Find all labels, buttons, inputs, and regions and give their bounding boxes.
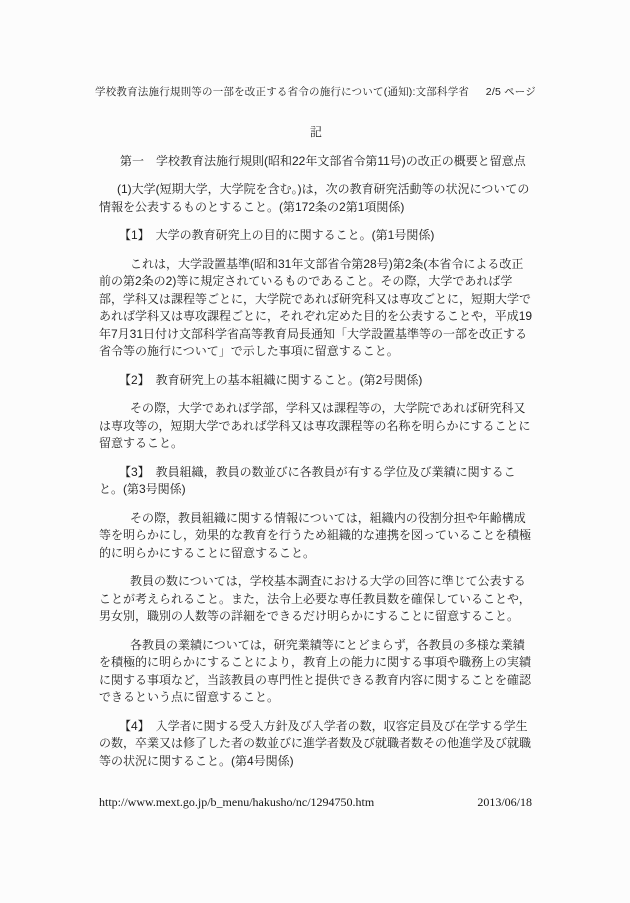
bracket-heading-3: 【3】 教員組織，教員の数並びに各教員が有する学位及び業績に関すること。(第3号… <box>99 464 533 499</box>
bracket-heading-4: 【4】 入学者に関する受入方針及び入学者の数，収容定員及び在学する学生の数，卒業… <box>99 718 533 771</box>
body-paragraph-4: 教員の数については，学校基本調査における大学の回答に準じて公表することが考えられ… <box>99 573 533 626</box>
document-title: 学校教育法施行規則等の一部を改正する省令の施行について(通知):文部科学省 <box>95 85 469 99</box>
ki-marker: 記 <box>99 124 533 142</box>
page-number: 2/5 ページ <box>486 85 536 99</box>
body-paragraph-3: その際，教員組織に関する情報については，組織内の役割分担や年齢構成等を明らかにし… <box>99 510 533 563</box>
page-header: 学校教育法施行規則等の一部を改正する省令の施行について(通知):文部科学省 2/… <box>95 85 536 99</box>
bracket-heading-1: 【1】 大学の教育研究上の目的に関すること。(第1号関係) <box>99 227 533 245</box>
section-heading: 第一 学校教育法施行規則(昭和22年文部省令第11号)の改正の概要と留意点 <box>99 153 533 171</box>
footer-url: http://www.mext.go.jp/b_menu/hakusho/nc/… <box>99 795 374 810</box>
body-paragraph-2: その際，大学であれば学部，学科又は課程等の，大学院であれば研究科又は専攻等の，短… <box>99 400 533 453</box>
paragraph-item-1: (1)大学(短期大学，大学院を含む。)は，次の教育研究活動等の状況についての情報… <box>99 181 533 216</box>
document-page: 学校教育法施行規則等の一部を改正する省令の施行について(通知):文部科学省 2/… <box>0 0 630 903</box>
body-paragraph-1: これは，大学設置基準(昭和31年文部省令第28号)第2条(本省令による改正前の第… <box>99 256 533 361</box>
footer-date: 2013/06/18 <box>477 795 532 810</box>
page-footer: http://www.mext.go.jp/b_menu/hakusho/nc/… <box>99 795 532 810</box>
bracket-heading-2: 【2】 教育研究上の基本組織に関すること。(第2号関係) <box>99 372 533 390</box>
body-paragraph-5: 各教員の業績については，研究業績等にとどまらず，各教員の多様な業績を積極的に明ら… <box>99 637 533 707</box>
document-body: 記 第一 学校教育法施行規則(昭和22年文部省令第11号)の改正の概要と留意点 … <box>99 124 533 770</box>
